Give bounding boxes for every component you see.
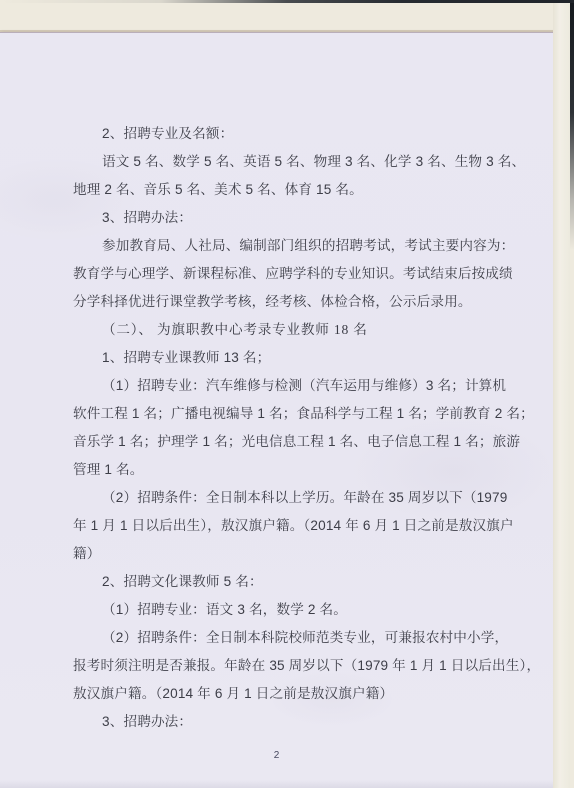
text-line: 分学科择优进行课堂教学考核，经考核、体检合格，公示后录用。 xyxy=(73,288,523,316)
text-line: 参加教育局、人社局、编制部门组织的招聘考试，考试主要内容为： xyxy=(73,232,523,260)
scanner-bed-right-margin xyxy=(553,3,570,788)
text-line: 软件工程 1 名；广播电视编导 1 名；食品科学与工程 1 名；学前教育 2 名… xyxy=(73,400,523,428)
scanner-edge-right xyxy=(570,0,574,250)
text-line: 3、招聘办法： xyxy=(73,204,523,232)
text-line: 报考时须注明是否兼报。年龄在 35 周岁以下（1979 年 1 月 1 日以后出… xyxy=(73,652,523,680)
section-heading-line: （二）、 为旗职教中心考录专业教师 18 名 xyxy=(73,316,523,344)
document-body: 2、招聘专业及名额：语文 5 名、数学 5 名、英语 5 名、物理 3 名、化学… xyxy=(73,120,523,736)
text-line: 敖汉旗户籍。（2014 年 6 月 1 日之前是敖汉旗户籍） xyxy=(73,680,523,708)
text-line: 3、招聘办法： xyxy=(73,708,523,736)
text-line: 2、招聘专业及名额： xyxy=(73,120,523,148)
text-line: 教育学与心理学、新课程标准、应聘学科的专业知识。考试结束后按成绩 xyxy=(73,260,523,288)
text-line: 语文 5 名、数学 5 名、英语 5 名、物理 3 名、化学 3 名、生物 3 … xyxy=(73,148,523,176)
paper-sheet: 2、招聘专业及名额：语文 5 名、数学 5 名、英语 5 名、物理 3 名、化学… xyxy=(0,32,553,788)
text-line: 1、招聘专业课教师 13 名； xyxy=(73,344,523,372)
text-line: 籍） xyxy=(73,540,523,568)
page-number: 2 xyxy=(0,749,553,763)
text-line: 2、招聘文化课教师 5 名： xyxy=(73,568,523,596)
text-line: 音乐学 1 名；护理学 1 名；光电信息工程 1 名、电子信息工程 1 名；旅游 xyxy=(73,428,523,456)
text-line: （1）招聘专业：语文 3 名，数学 2 名。 xyxy=(73,596,523,624)
text-line: （2）招聘条件：全日制本科以上学历。年龄在 35 周岁以下（1979 xyxy=(73,484,523,512)
scanner-edge-top xyxy=(0,0,574,3)
text-line: （2）招聘条件：全日制本科院校师范类专业，可兼报农村中小学， xyxy=(73,624,523,652)
text-line: 地理 2 名、音乐 5 名、美术 5 名、体育 15 名。 xyxy=(73,176,523,204)
text-line: 年 1 月 1 日以后出生），敖汉旗户籍。（2014 年 6 月 1 日之前是敖… xyxy=(73,512,523,540)
text-line: 管理 1 名。 xyxy=(73,456,523,484)
text-line: （1）招聘专业：汽车维修与检测（汽车运用与维修）3 名；计算机 xyxy=(73,372,523,400)
